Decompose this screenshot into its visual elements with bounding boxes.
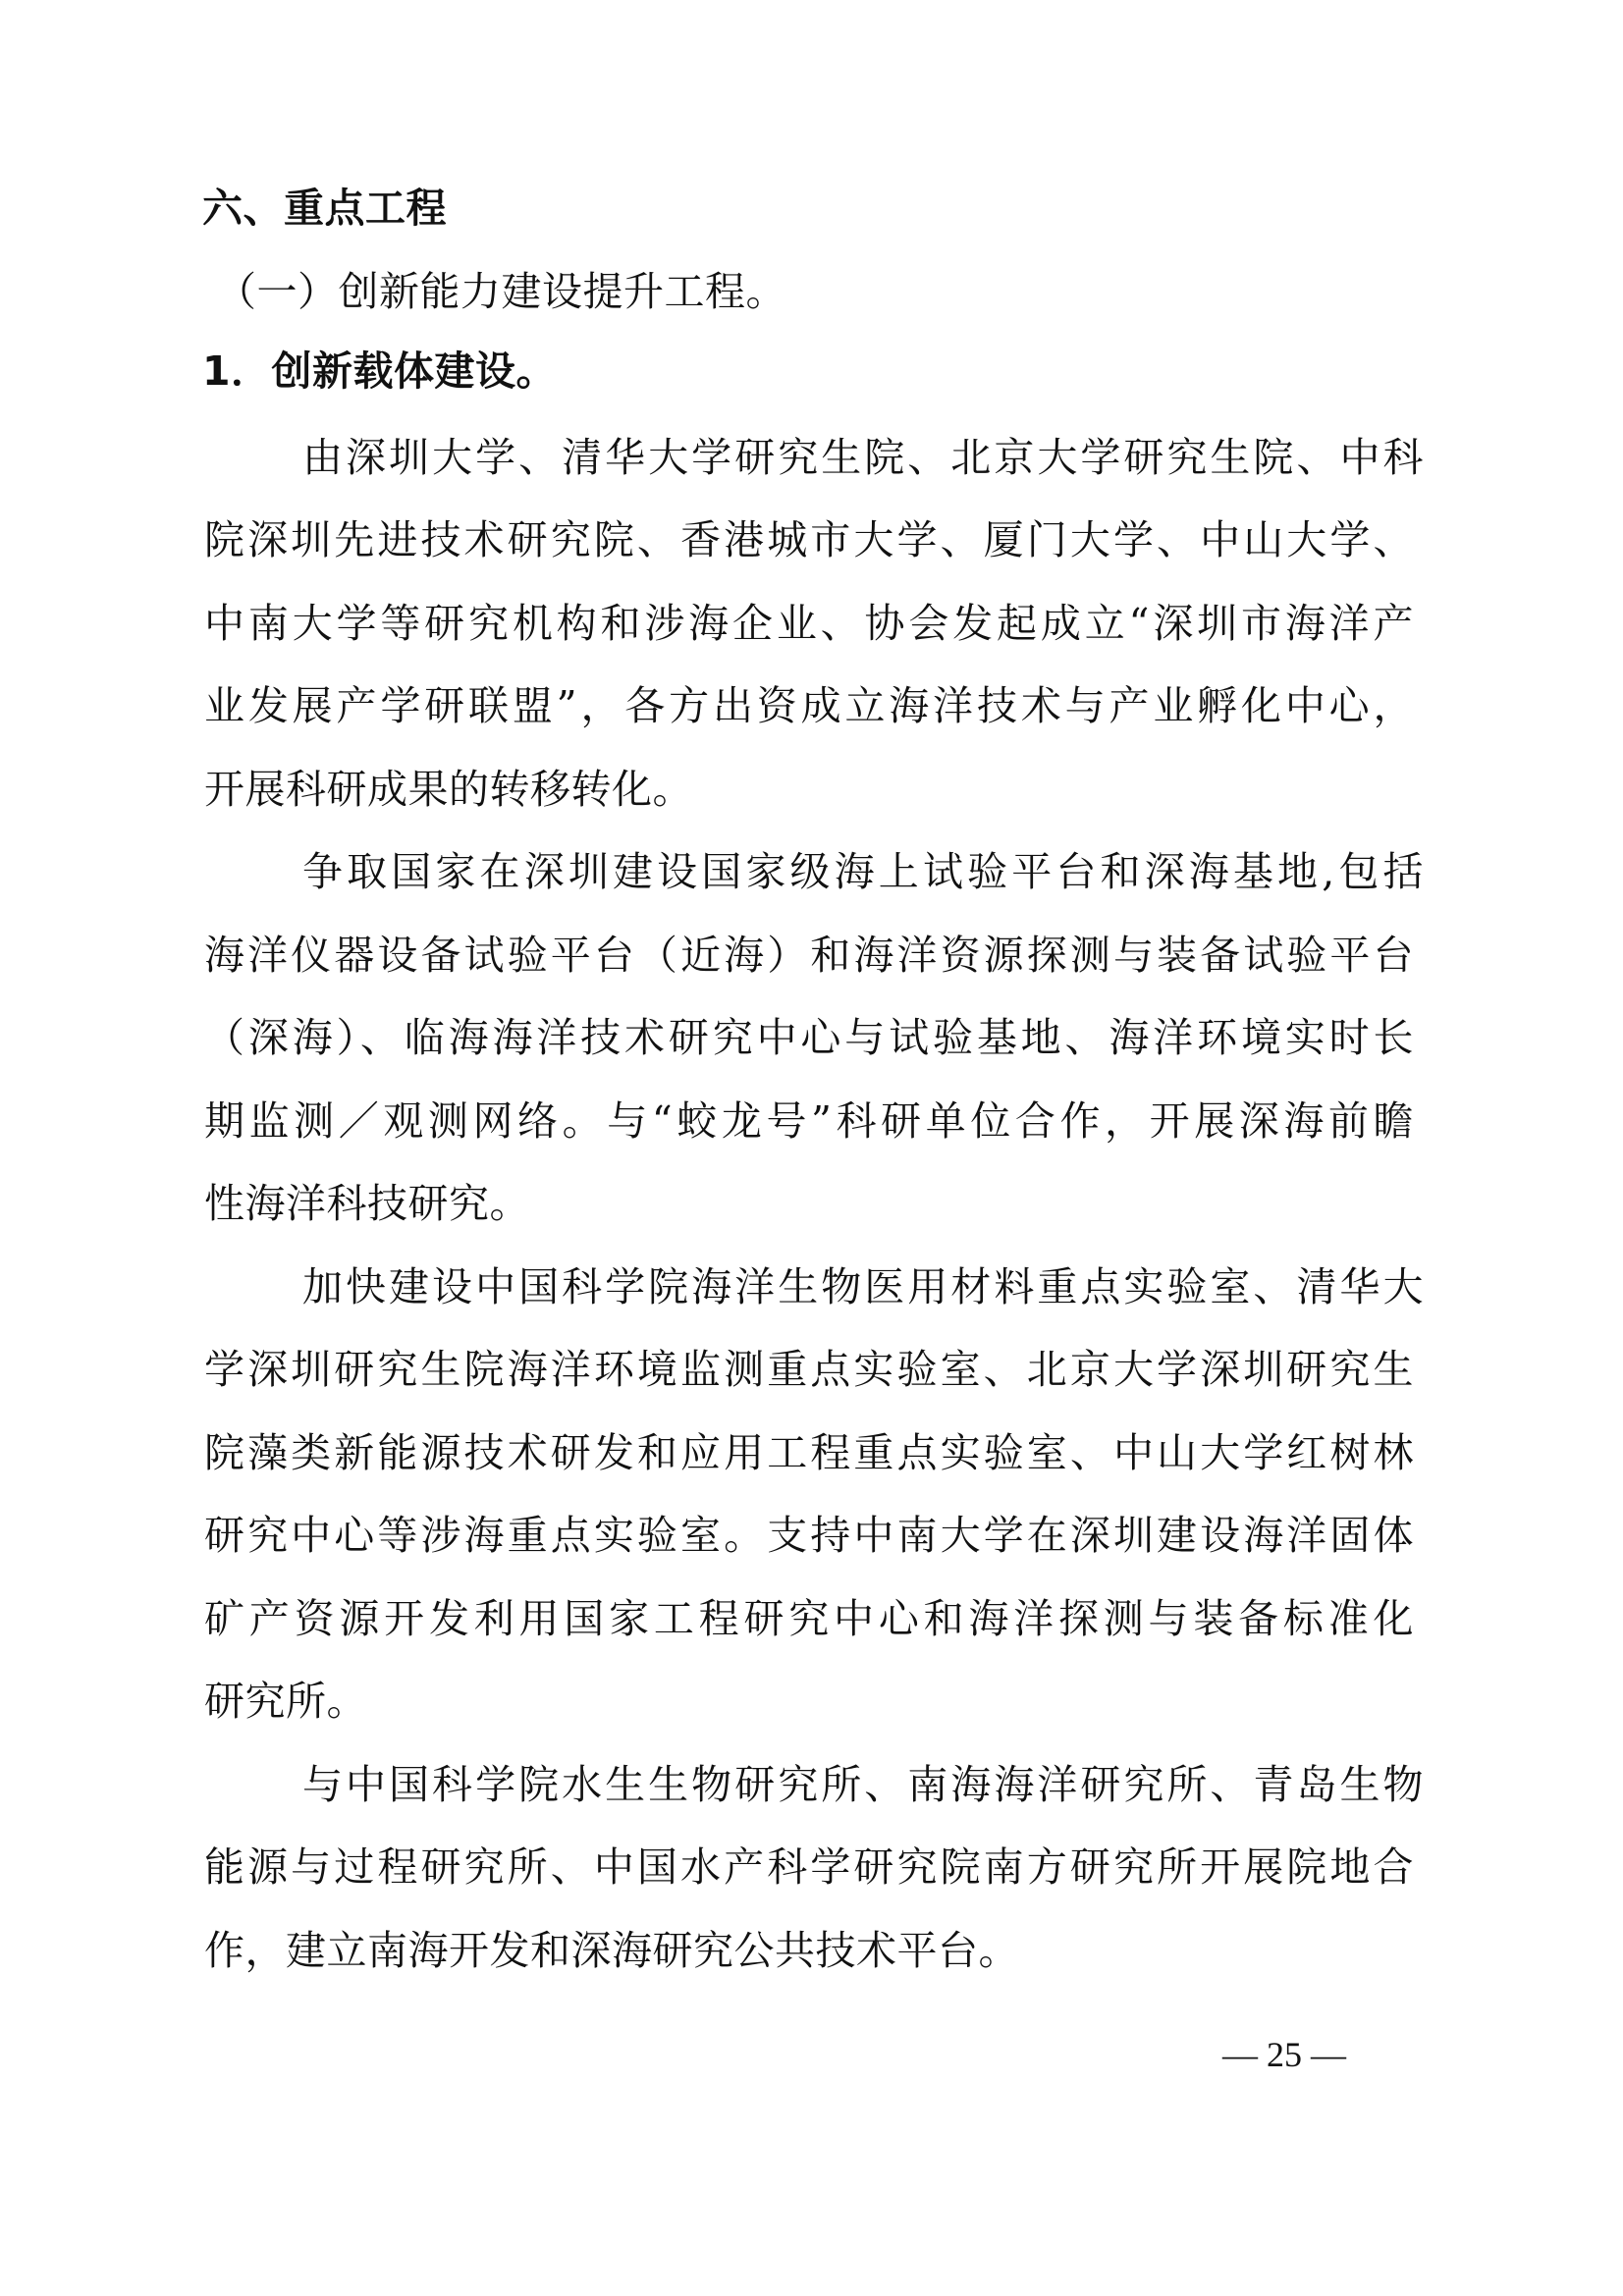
section-heading: 六、重点工程 bbox=[202, 188, 1400, 229]
paragraph-line: 加快建设中国科学院海洋生物医用材料重点实验室、清华大 bbox=[302, 1267, 1424, 1308]
paragraph-line: 中南大学等研究机构和涉海企业、协会发起成立“深圳市海洋产 bbox=[204, 604, 1414, 644]
subsection-heading: （一）创新能力建设提升工程。 bbox=[216, 272, 1414, 312]
paragraph-line: 院藻类新能源技术研发和应用工程重点实验室、中山大学红树林 bbox=[204, 1433, 1414, 1473]
paragraph-line: 矿产资源开发利用国家工程研究中心和海洋探测与装备标准化 bbox=[204, 1599, 1414, 1639]
paragraph-line: 开展科研成果的转移转化。 bbox=[204, 770, 1402, 810]
paragraph-line: 性海洋科技研究。 bbox=[204, 1184, 1402, 1224]
paragraph-line: 海洋仪器设备试验平台（近海）和海洋资源探测与装备试验平台 bbox=[204, 935, 1414, 976]
paragraph-line: 作，建立南海开发和深海研究公共技术平台。 bbox=[204, 1931, 1402, 1971]
paragraph-line: 研究中心等涉海重点实验室。支持中南大学在深圳建设海洋固体 bbox=[204, 1516, 1414, 1556]
document-page: 六、重点工程 （一）创新能力建设提升工程。 1．创新载体建设。 由深圳大学、清华… bbox=[0, 0, 1623, 2296]
item-heading: 1．创新载体建设。 bbox=[202, 351, 1400, 392]
paragraph-line: 期监测／观测网络。与“蛟龙号”科研单位合作，开展深海前瞻 bbox=[204, 1101, 1414, 1142]
paragraph-line: （深海）、临海海洋技术研究中心与试验基地、海洋环境实时长 bbox=[204, 1018, 1414, 1058]
paragraph-line: 争取国家在深圳建设国家级海上试验平台和深海基地,包括 bbox=[302, 852, 1424, 892]
paragraph-line: 学深圳研究生院海洋环境监测重点实验室、北京大学深圳研究生 bbox=[204, 1350, 1414, 1390]
paragraph-line: 由深圳大学、清华大学研究生院、北京大学研究生院、中科 bbox=[302, 438, 1424, 478]
paragraph-line: 院深圳先进技术研究院、香港城市大学、厦门大学、中山大学、 bbox=[204, 520, 1414, 561]
paragraph-line: 与中国科学院水生生物研究所、南海海洋研究所、青岛生物 bbox=[302, 1765, 1424, 1805]
paragraph-line: 能源与过程研究所、中国水产科学研究院南方研究所开展院地合 bbox=[204, 1847, 1414, 1888]
page-number: — 25 — bbox=[1222, 2034, 1346, 2075]
paragraph-line: 研究所。 bbox=[204, 1682, 1402, 1722]
paragraph-line: 业发展产学研联盟”，各方出资成立海洋技术与产业孵化中心， bbox=[204, 686, 1414, 726]
